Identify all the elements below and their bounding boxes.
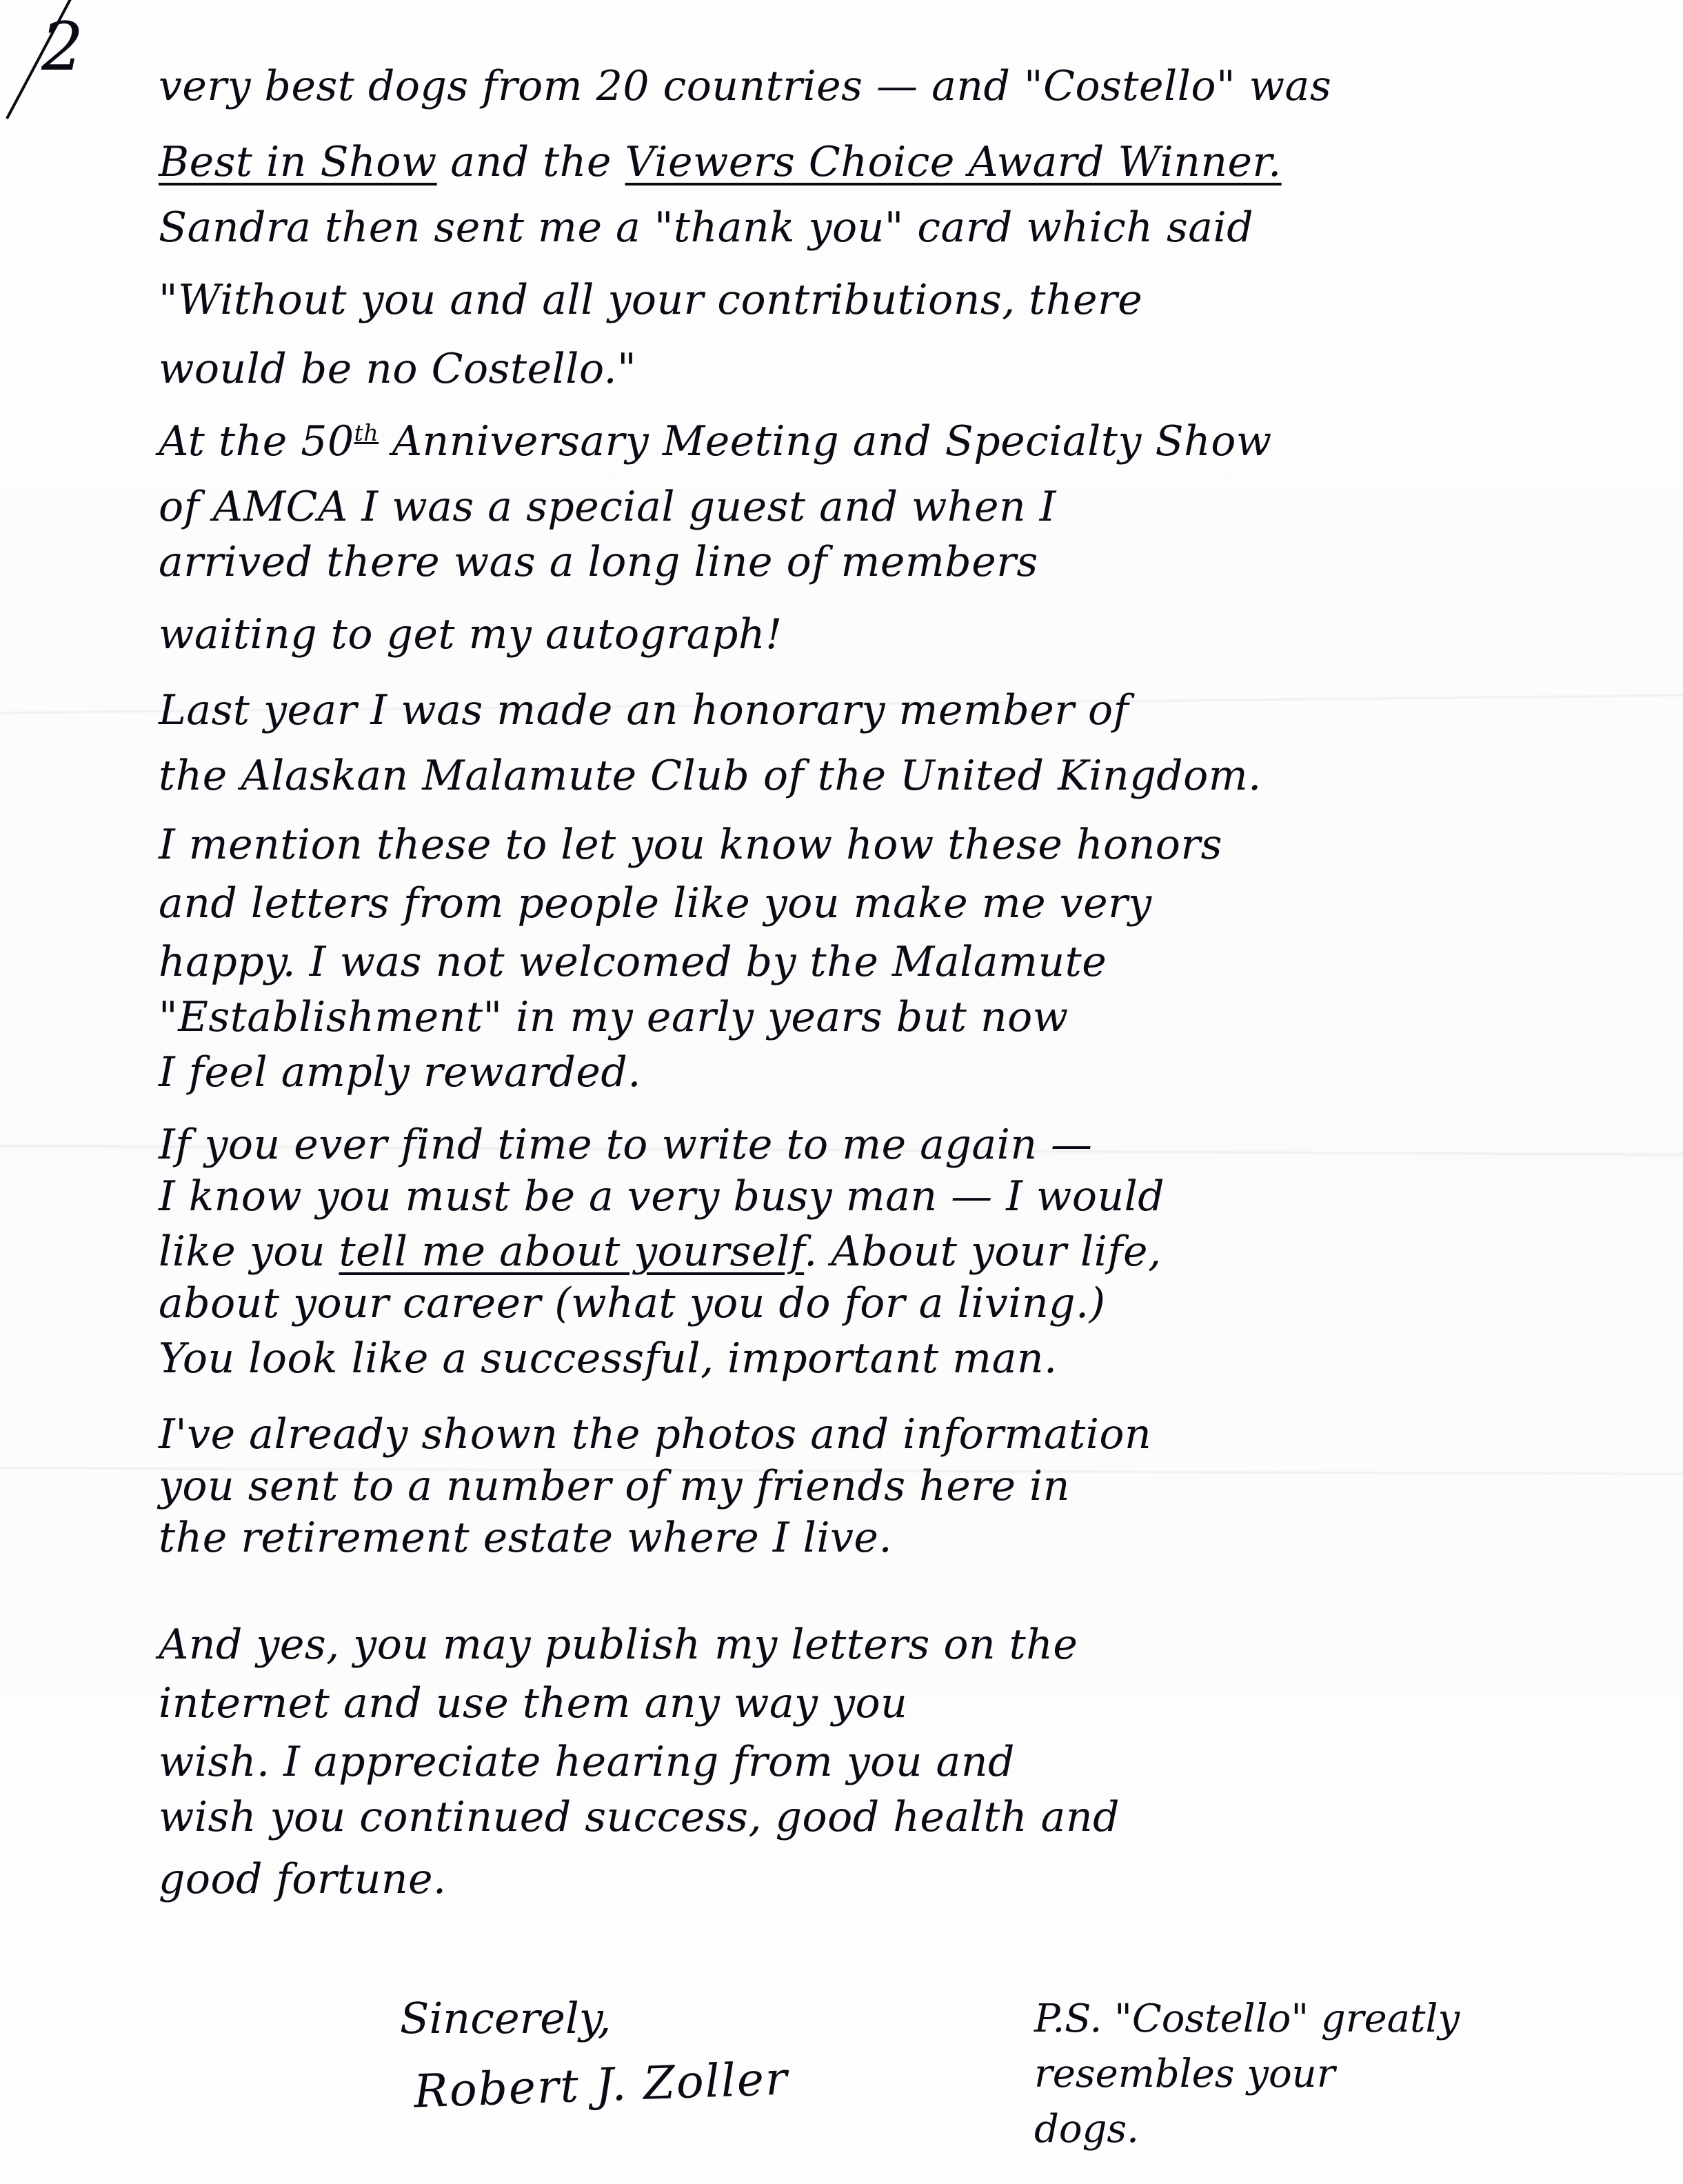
- letter-line: I know you must be a very busy man — I w…: [159, 1176, 1165, 1217]
- letter-text: Anniversary Meeting and Specialty Show: [379, 417, 1272, 465]
- letter-line: waiting to get my autograph!: [159, 614, 783, 655]
- letter-line: "Without you and all your contributions,…: [159, 279, 1142, 321]
- letter-line: "Establishment" in my early years but no…: [159, 996, 1069, 1038]
- letter-line: of AMCA I was a special guest and when I: [159, 486, 1056, 528]
- letter-line: like you tell me about yourself. About y…: [159, 1231, 1162, 1272]
- closing-salutation: Sincerely,: [400, 1993, 611, 2043]
- letter-line: I mention these to let you know how thes…: [159, 824, 1222, 865]
- letter-text: and the: [437, 138, 625, 186]
- letter-line: and letters from people like you make me…: [159, 883, 1152, 924]
- letter-text: like you: [159, 1228, 339, 1276]
- letter-line: internet and use them any way you: [159, 1683, 907, 1724]
- letter-line: arrived there was a long line of members: [159, 541, 1038, 583]
- letter-line: Best in Show and the Viewers Choice Awar…: [159, 141, 1282, 183]
- underlined-phrase: Viewers Choice Award Winner.: [625, 138, 1282, 186]
- underlined-phrase: Best in Show: [159, 138, 437, 186]
- ordinal-suffix: th: [354, 419, 379, 446]
- letter-line: you sent to a number of my friends here …: [159, 1465, 1070, 1507]
- letter-line: about your career (what you do for a liv…: [159, 1283, 1106, 1324]
- letter-line: If you ever find time to write to me aga…: [159, 1124, 1093, 1165]
- letter-line: And yes, you may publish my letters on t…: [159, 1624, 1078, 1665]
- letter-line: Sandra then sent me a "thank you" card w…: [159, 207, 1253, 248]
- postscript-line: resembles your: [1034, 2052, 1336, 2096]
- letter-text: At the 50: [159, 417, 354, 465]
- letter-page: 2 very best dogs from 20 countries — and…: [0, 0, 1683, 2184]
- letter-line: happy. I was not welcomed by the Malamut…: [159, 941, 1107, 983]
- letter-line: very best dogs from 20 countries — and "…: [159, 66, 1331, 107]
- letter-line: wish. I appreciate hearing from you and: [159, 1741, 1015, 1783]
- letter-line: the retirement estate where I live.: [159, 1517, 892, 1559]
- letter-line: At the 50th Anniversary Meeting and Spec…: [159, 421, 1272, 462]
- letter-line: would be no Costello.": [159, 348, 636, 390]
- underlined-phrase: tell me about yourself: [339, 1228, 805, 1276]
- letter-line: the Alaskan Malamute Club of the United …: [159, 755, 1262, 797]
- letter-line: wish you continued success, good health …: [159, 1796, 1120, 1838]
- letter-line: I've already shown the photos and inform…: [159, 1414, 1151, 1455]
- postscript-line: P.S. "Costello" greatly: [1034, 1996, 1460, 2041]
- letter-line: I feel amply rewarded.: [159, 1052, 641, 1093]
- letter-text: . About your life,: [804, 1228, 1161, 1276]
- letter-line: You look like a successful, important ma…: [159, 1338, 1058, 1379]
- page-number: 2: [41, 14, 83, 80]
- signature: Robert J. Zoller: [413, 2052, 789, 2118]
- letter-line: good fortune.: [159, 1859, 447, 1900]
- postscript-line: dogs.: [1034, 2107, 1139, 2152]
- letter-line: Last year I was made an honorary member …: [159, 690, 1129, 731]
